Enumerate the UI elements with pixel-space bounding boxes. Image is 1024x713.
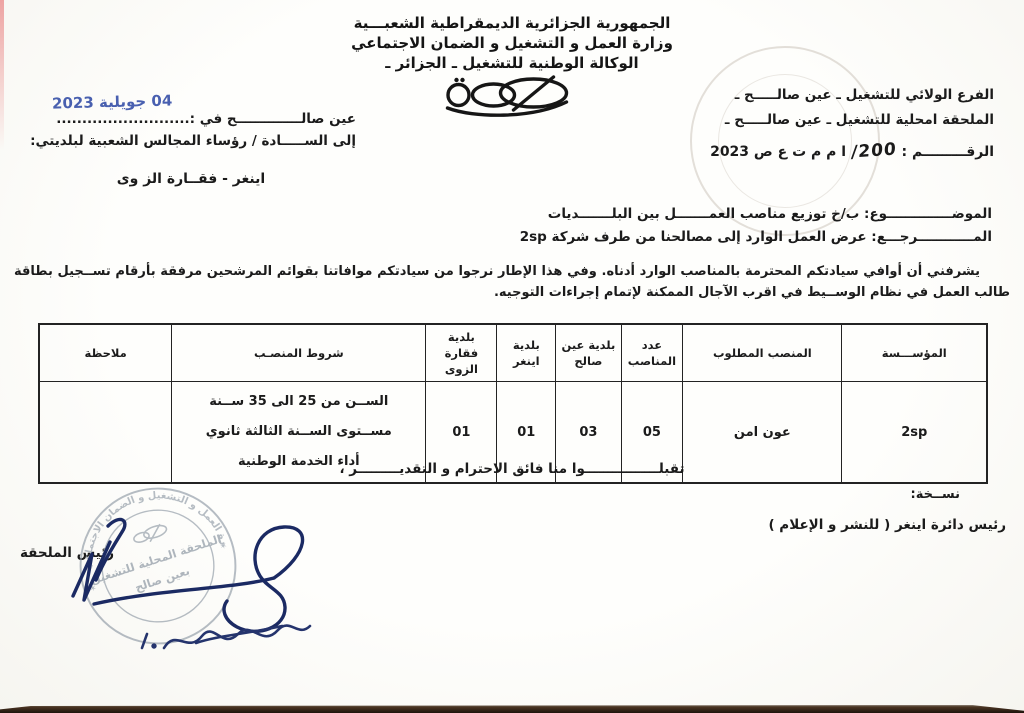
subject-label: الموضــــــــــــــوع: [869, 206, 992, 222]
ministry-title: وزارة العمل و التشغيل و الضمان الاجتماعي: [0, 33, 1024, 53]
anem-logo-icon: [430, 74, 580, 120]
subject-ref-label: المــــــــــــرجـــع: [877, 229, 992, 245]
subject-line: الموضــــــــــــــوع: ب/خ توزيع مناصب ا…: [520, 203, 992, 226]
agency-title: الوكالة الوطنية للتشغيل ـ الجزائر ـ: [0, 53, 1024, 73]
copy-label: نســخة:: [911, 487, 960, 502]
place-date-text: عين صالــــــــــــــح في :: [190, 111, 356, 127]
local-annex-line: الملحقة امحلية للتشغيل ـ عين صالـــــح ـ: [710, 108, 994, 133]
letterhead: الجمهورية الجزائرية الديمقراطية الشعبـــ…: [0, 13, 1024, 73]
condition-education: مســتوى الســنة الثالثة ثانوي: [176, 417, 421, 447]
condition-age: الســن من 25 الى 35 ســنة: [176, 387, 421, 417]
municipalities-line: اينغر - فقــارة الز وى: [26, 168, 356, 190]
col-conditions: شروط المنصـب: [172, 324, 426, 382]
subject-block: الموضــــــــــــــوع: ب/خ توزيع مناصب ا…: [520, 203, 992, 249]
body-paragraph: يشرفني أن أوافي سيادتكم المحترمة بالمناص…: [14, 261, 1010, 303]
subject-ref-line: المــــــــــــرجـــع: عرض العمل الوارد …: [520, 226, 992, 249]
handwritten-signature: [46, 508, 346, 668]
col-foggaret: بلدية فقارة الزوى: [426, 324, 497, 382]
reference-code: ا م م ت ع ص 2023: [710, 144, 846, 160]
copy-recipient: رئيس دائرة اينغر ( للنشر و الإعلام ): [768, 517, 1006, 533]
table-header-row: المؤســـسة المنصب المطلوب عدد المناصب بل…: [39, 324, 987, 382]
col-inghar: بلدية اينغر: [497, 324, 556, 382]
republic-title: الجمهورية الجزائرية الديمقراطية الشعبـــ…: [0, 13, 1024, 33]
place-date-block: 04 جويلية 2023 عين صالــــــــــــــح في…: [26, 94, 356, 190]
col-total-posts: عدد المناصب: [621, 324, 683, 382]
subject-value: : ب/خ توزيع مناصب العمـــــــل بين البلـ…: [548, 206, 870, 222]
date-stamp: 04 جويلية 2023: [52, 89, 173, 114]
reference-label: الرقـــــــــم :: [902, 144, 994, 160]
col-ain-salah: بلدية عين صالح: [556, 324, 621, 382]
col-position: المنصب المطلوب: [683, 324, 842, 382]
positions-table: المؤســـسة المنصب المطلوب عدد المناصب بل…: [38, 323, 988, 484]
subject-ref-value: : عرض العمل الوارد إلى مصالحنا من طرف شر…: [520, 229, 877, 245]
reference-number-line: الرقـــــــــم : 200/ ا م م ت ع ص 2023: [710, 139, 994, 165]
col-institution: المؤســـسة: [842, 324, 987, 382]
scanned-letter-page: الجمهورية الجزائرية الديمقراطية الشعبـــ…: [0, 0, 1024, 713]
col-note: ملاحظة: [39, 324, 172, 382]
reference-number-handwritten: 200/: [850, 137, 897, 165]
addressee-line: إلى الســـــادة / رؤساء المجالس الشعبية …: [26, 130, 356, 152]
branch-block: الفرع الولائي للتشغيل ـ عين صالـــــح ـ …: [710, 83, 994, 165]
scan-edge-bottom: [0, 704, 1024, 713]
wilaya-branch-line: الفرع الولائي للتشغيل ـ عين صالـــــح ـ: [710, 83, 994, 108]
